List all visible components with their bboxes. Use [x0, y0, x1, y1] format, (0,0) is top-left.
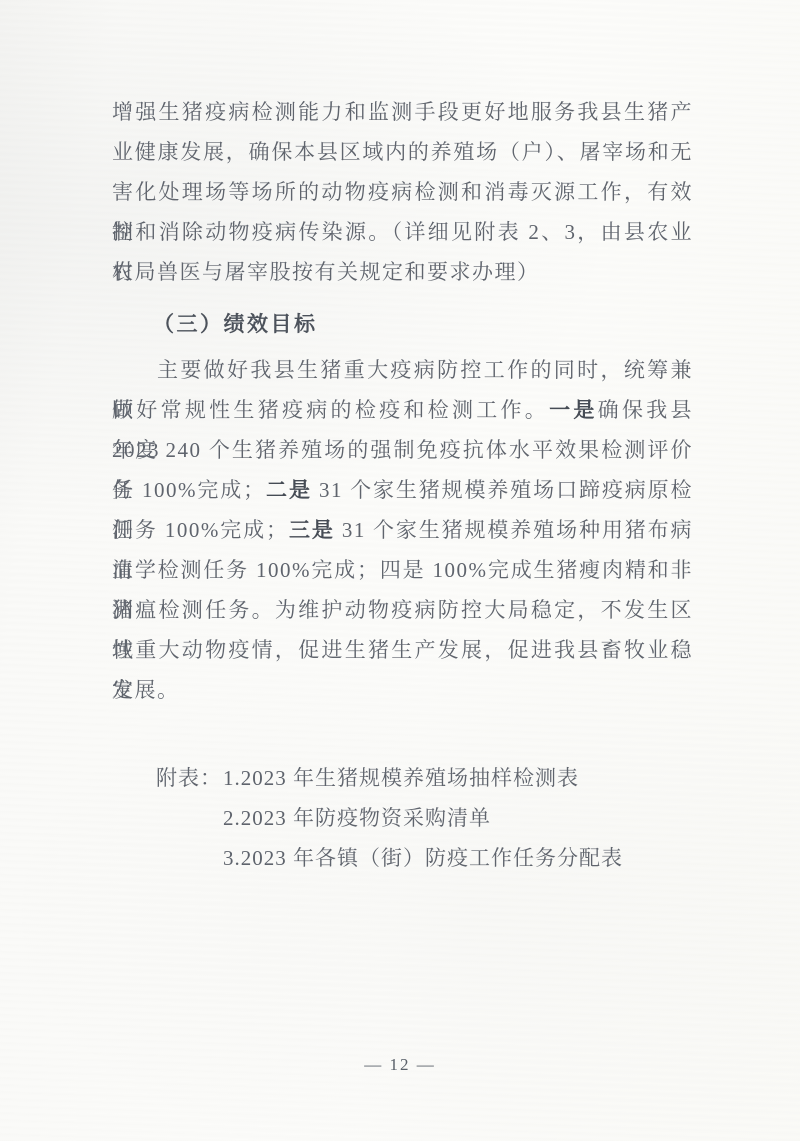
attachment-item: 3.2023 年各镇（街）防疫工作任务分配表 — [156, 838, 693, 878]
attachments-label: 附表： — [156, 766, 222, 790]
intro-paragraph: 增强生猪疫病检测能力和监测手段更好地服务我县生猪产 业健康发展，确保本县区域内的… — [112, 92, 693, 292]
section-heading: （三）绩效目标 — [112, 304, 693, 344]
text-line: 制和消除动物疫病传染源。（详细见附表 2、3，由县农业农 — [112, 212, 693, 252]
text-line: 村局兽医与屠宰股按有关规定和要求办理） — [112, 252, 693, 292]
text-line: 猪瘟检测任务。为维护动物疫病防控大局稳定，不发生区域 — [112, 590, 693, 630]
text-line: 务 100%完成；二是 31 个家生猪规模养殖场口蹄疫病原检测 — [112, 470, 693, 510]
attachment-item: 2.2023 年防疫物资采购清单 — [156, 798, 693, 838]
text-line: 业健康发展，确保本县区域内的养殖场（户）、屠宰场和无 — [112, 132, 693, 172]
text-line: 性重大动物疫情，促进生猪生产发展，促进我县畜牧业稳定 — [112, 630, 693, 670]
text-segment: 任务 100%完成； — [112, 518, 289, 542]
text-line: 清学检测任务 100%完成；四是 100%完成生猪瘦肉精和非洲 — [112, 550, 693, 590]
attachment-title: 1.2023 年生猪规模养殖场抽样检测表 — [223, 766, 579, 790]
emphasis-text: 三是 — [289, 518, 335, 542]
text-block: 增强生猪疫病检测能力和监测手段更好地服务我县生猪产 业健康发展，确保本县区域内的… — [112, 92, 693, 878]
text-line: 主要做好我县生猪重大疫病防控工作的同时，统筹兼顾 — [112, 350, 693, 390]
text-line: 发展。 — [112, 670, 693, 710]
attachment-item: 附表：1.2023 年生猪规模养殖场抽样检测表 — [156, 758, 693, 798]
page-number: — 12 — — [0, 1050, 800, 1080]
emphasis-text: 一是 — [549, 398, 598, 422]
text-line: 年度 240 个生猪养殖场的强制免疫抗体水平效果检测评价任 — [112, 430, 693, 470]
emphasis-text: 二是 — [266, 478, 312, 502]
document-page: 增强生猪疫病检测能力和监测手段更好地服务我县生猪产 业健康发展，确保本县区域内的… — [0, 0, 800, 1141]
text-line: 任务 100%完成；三是 31 个家生猪规模养殖场种用猪布病血 — [112, 510, 693, 550]
goals-paragraph: 主要做好我县生猪重大疫病防控工作的同时，统筹兼顾 做好常规性生猪疫病的检疫和检测… — [112, 350, 693, 710]
text-line: 害化处理场等场所的动物疫病检测和消毒灭源工作，有效控 — [112, 172, 693, 212]
text-line: 做好常规性生猪疫病的检疫和检测工作。一是确保我县 2023 — [112, 390, 693, 430]
text-segment: 做好常规性生猪疫病的检疫和检测工作。 — [112, 398, 549, 422]
attachments-list: 附表：1.2023 年生猪规模养殖场抽样检测表 2.2023 年防疫物资采购清单… — [156, 758, 693, 878]
text-segment: 务 100%完成； — [112, 478, 266, 502]
text-line: 增强生猪疫病检测能力和监测手段更好地服务我县生猪产 — [112, 92, 693, 132]
